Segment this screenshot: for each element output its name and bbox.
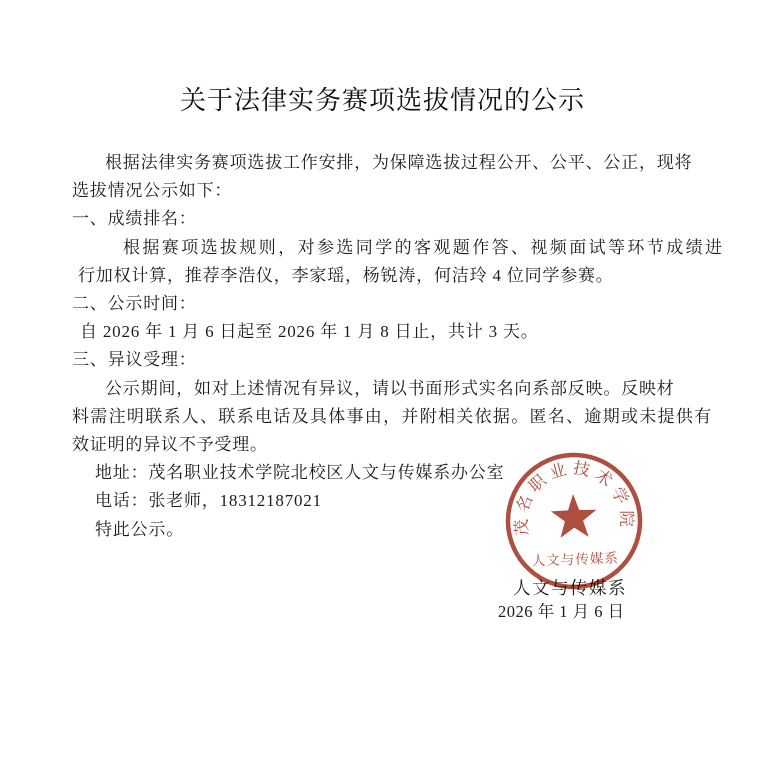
announcement-document: 关于法律实务赛项选拔情况的公示 根据法律实务赛项选拔工作安排，为保障选拔过程公开… bbox=[0, 0, 765, 763]
document-body: 根据法律实务赛项选拔工作安排，为保障选拔过程公开、公平、公正，现将 选拔情况公示… bbox=[72, 149, 693, 544]
body-line: 料需注明联系人、联系电话及具体事由，并附相关依据。匿名、逾期或未提供有 bbox=[72, 403, 693, 431]
document-title: 关于法律实务赛项选拔情况的公示 bbox=[72, 84, 693, 118]
body-line-heading: 一、成绩排名： bbox=[72, 205, 693, 233]
body-line: 选拔情况公示如下： bbox=[72, 177, 693, 205]
body-line-address: 地址：茂名职业技术学院北校区人文与传媒系办公室 bbox=[72, 459, 693, 487]
body-line: 自 2026 年 1 月 6 日起至 2026 年 1 月 8 日止，共计 3 … bbox=[72, 318, 693, 346]
body-line-heading: 三、异议受理： bbox=[72, 346, 693, 374]
body-line-heading: 二、公示时间： bbox=[72, 290, 693, 318]
signature-department: 人文与传媒系 bbox=[513, 575, 627, 600]
body-line: 根据法律实务赛项选拔工作安排，为保障选拔过程公开、公平、公正，现将 bbox=[72, 149, 693, 177]
seal-bottom-text: 人文与传媒系 bbox=[532, 549, 620, 568]
body-line: 效证明的异议不予受理。 bbox=[72, 431, 693, 459]
signature-date: 2026 年 1 月 6 日 bbox=[498, 598, 625, 622]
body-line-phone: 电话：张老师，18312187021 bbox=[72, 487, 693, 515]
body-line: 根据赛项选拔规则，对参选同学的客观题作答、视频面试等环节成绩进 bbox=[72, 234, 693, 262]
body-line-closing: 特此公示。 bbox=[72, 516, 693, 544]
body-line: 公示期间，如对上述情况有异议，请以书面形式实名向系部反映。反映材 bbox=[72, 375, 693, 403]
body-line: 行加权计算，推荐李浩仪，李家瑶，杨锐涛，何洁玲 4 位同学参赛。 bbox=[72, 262, 693, 290]
